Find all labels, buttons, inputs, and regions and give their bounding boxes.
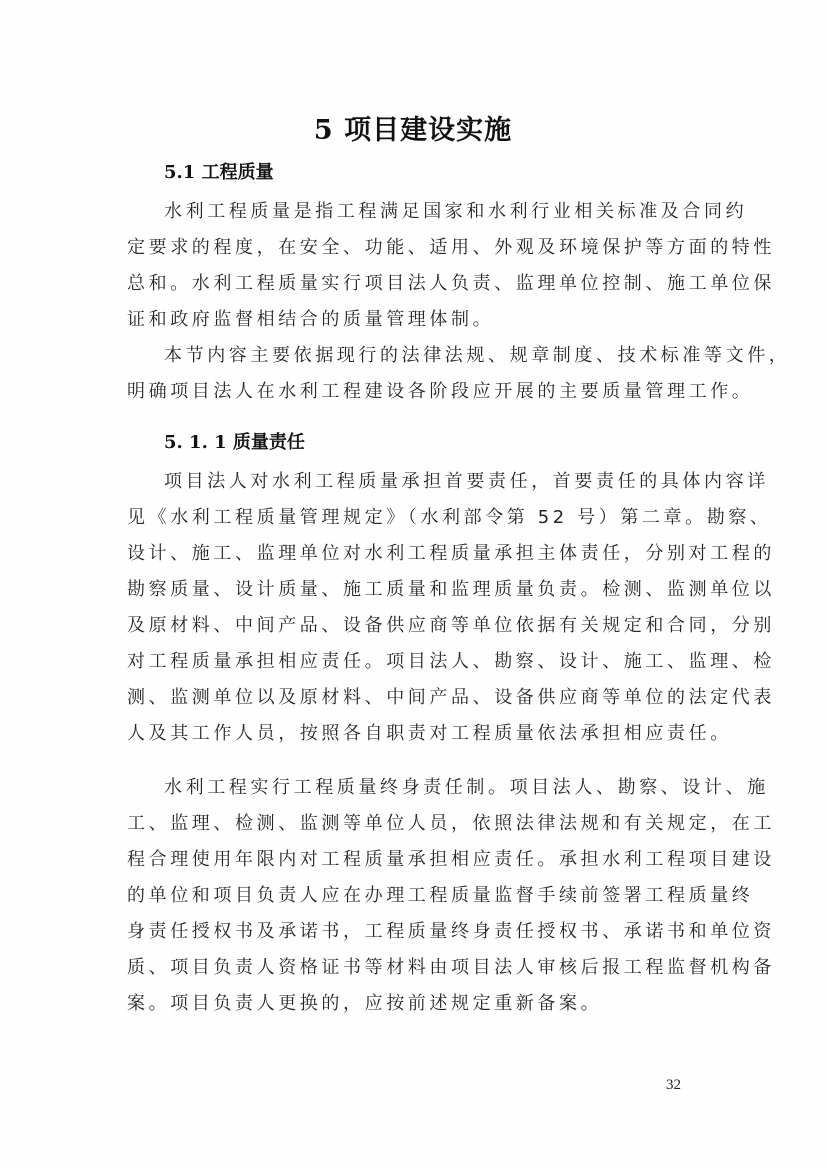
- paragraph-line: 明确项目法人在水利工程建设各阶段应开展的主要质量管理工作。: [127, 374, 703, 410]
- subsection-heading: 5. 1. 1 质量责任: [164, 428, 305, 454]
- paragraph-line: 测、监测单位以及原材料、中间产品、设备供应商等单位的法定代表: [127, 680, 703, 716]
- page-number: 32: [666, 1077, 681, 1094]
- paragraph-line: 对工程质量承担相应责任。项目法人、勘察、设计、施工、监理、检: [127, 644, 703, 680]
- paragraph-line: 的单位和项目负责人应在办理工程质量监督手续前签署工程质量终: [127, 878, 703, 914]
- paragraph-line: 人及其工作人员，按照各自职责对工程质量依法承担相应责任。: [127, 716, 703, 752]
- paragraph-line: 质、项目负责人资格证书等材料由项目法人审核后报工程监督机构备: [127, 950, 703, 986]
- paragraph-section-basis: 本节内容主要依据现行的法律法规、规章制度、技术标准等文件， 明确项目法人在水利工…: [127, 338, 703, 410]
- paragraph-line: 水利工程质量是指工程满足国家和水利行业相关标准及合同约: [127, 194, 703, 230]
- paragraph-line: 总和。水利工程质量实行项目法人负责、监理单位控制、施工单位保: [127, 266, 703, 302]
- paragraph-line: 证和政府监督相结合的质量管理体制。: [127, 302, 703, 338]
- document-page: 5 项目建设实施 5.1 工程质量 水利工程质量是指工程满足国家和水利行业相关标…: [0, 0, 826, 1169]
- paragraph-line: 定要求的程度，在安全、功能、适用、外观及环境保护等方面的特性: [127, 230, 703, 266]
- paragraph-line: 程合理使用年限内对工程质量承担相应责任。承担水利工程项目建设: [127, 842, 703, 878]
- paragraph-line: 设计、施工、监理单位对水利工程质量承担主体责任，分别对工程的: [127, 536, 703, 572]
- paragraph-line: 案。项目负责人更换的，应按前述规定重新备案。: [127, 986, 703, 1022]
- paragraph-line: 勘察质量、设计质量、施工质量和监理质量负责。检测、监测单位以: [127, 572, 703, 608]
- chapter-title: 5 项目建设实施: [0, 108, 826, 147]
- paragraph-line: 项目法人对水利工程质量承担首要责任，首要责任的具体内容详: [127, 464, 703, 500]
- paragraph-line: 及原材料、中间产品、设备供应商等单位依据有关规定和合同，分别: [127, 608, 703, 644]
- paragraph-line: 水利工程实行工程质量终身责任制。项目法人、勘察、设计、施: [127, 770, 703, 806]
- paragraph-line: 见《水利工程质量管理规定》（水利部令第 52 号）第二章。勘察、: [127, 500, 703, 536]
- section-heading: 5.1 工程质量: [164, 158, 274, 184]
- paragraph-line: 身责任授权书及承诺书，工程质量终身责任授权书、承诺书和单位资: [127, 914, 703, 950]
- paragraph-line: 工、监理、检测、监测等单位人员，依照法律法规和有关规定，在工: [127, 806, 703, 842]
- paragraph-quality-definition: 水利工程质量是指工程满足国家和水利行业相关标准及合同约 定要求的程度，在安全、功…: [127, 194, 703, 338]
- paragraph-line: 本节内容主要依据现行的法律法规、规章制度、技术标准等文件，: [127, 338, 703, 374]
- paragraph-lifetime-responsibility: 水利工程实行工程质量终身责任制。项目法人、勘察、设计、施 工、监理、检测、监测等…: [127, 770, 703, 1022]
- paragraph-primary-responsibility: 项目法人对水利工程质量承担首要责任，首要责任的具体内容详 见《水利工程质量管理规…: [127, 464, 703, 752]
